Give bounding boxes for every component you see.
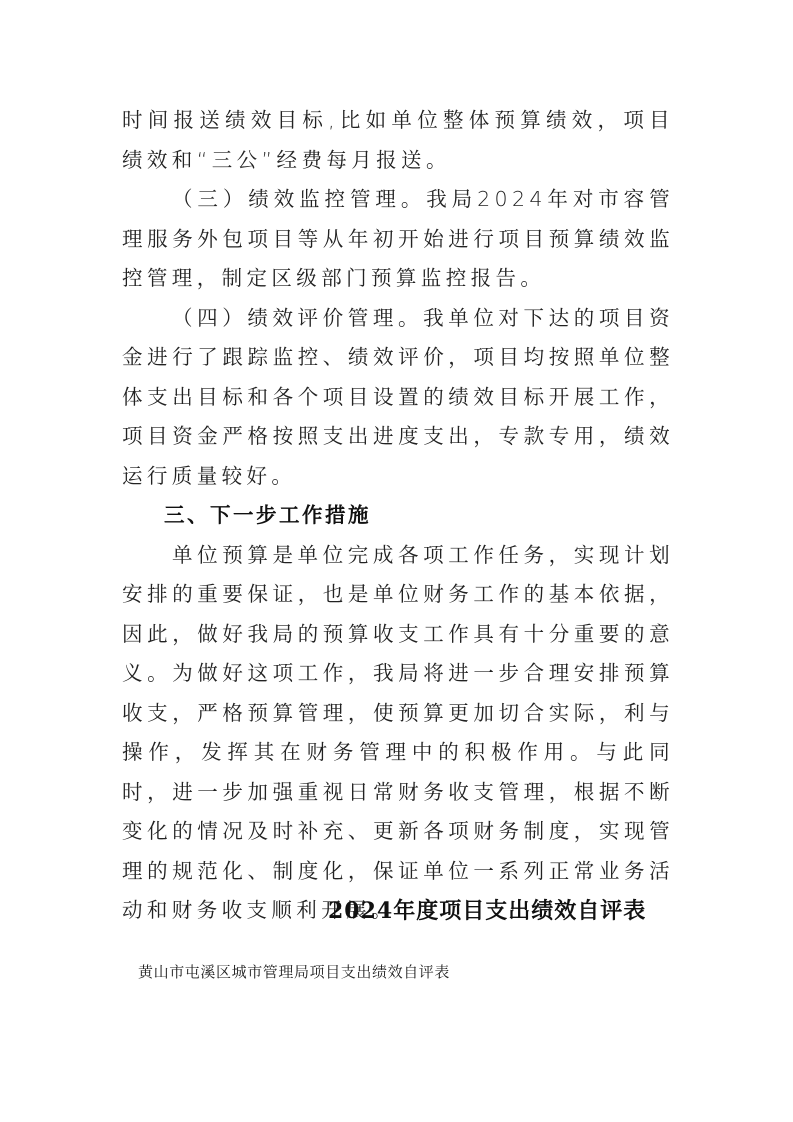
paragraph-performance-targets: 时间报送绩效目标,比如单位整体预算绩效，项目绩效和“三公”经费每月报送。: [122, 101, 674, 180]
paragraph-performance-monitoring: （三）绩效监控管理。我局2024年对市容管理服务外包项目等从年初开始进行项目预算…: [122, 180, 674, 299]
table-subtitle: 黄山市屯溪区城市管理局项目支出绩效自评表: [138, 961, 450, 982]
section-heading-next-steps: 三、下一步工作措施: [122, 496, 674, 536]
document-body: 时间报送绩效目标,比如单位整体预算绩效，项目绩效和“三公”经费每月报送。 （三）…: [122, 101, 674, 931]
document-page: 时间报送绩效目标,比如单位整体预算绩效，项目绩效和“三公”经费每月报送。 （三）…: [0, 0, 793, 1122]
table-title: 2024年度项目支出绩效自评表: [328, 894, 646, 925]
paragraph-next-steps: 单位预算是单位完成各项工作任务，实现计划安排的重要保证，也是单位财务工作的基本依…: [122, 536, 674, 931]
paragraph-performance-evaluation: （四）绩效评价管理。我单位对下达的项目资金进行了跟踪监控、绩效评价，项目均按照单…: [122, 299, 674, 497]
